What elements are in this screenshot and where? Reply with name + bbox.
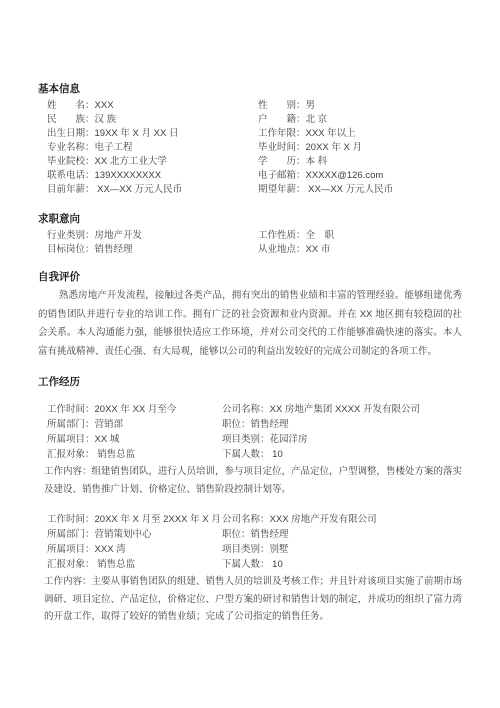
info-row: 所属项目：XX 城项目类别：花园洋房 <box>47 432 462 447</box>
info-row: 目前年薪： XX—XX 万元人民币期望年薪： XX—XX 万元人民币 <box>47 183 462 197</box>
field-value: XXX 湾 <box>95 544 126 555</box>
info-row: 所属项目：XXX 湾项目类别：别墅 <box>47 542 462 557</box>
info-row: 工作时间：20XX 年 X 月至 2XXX 年 X 月公司名称：XXX 房地产开… <box>47 512 462 527</box>
field-label: 下属人数： <box>222 559 270 570</box>
info-row: 汇报对象： 销售总监下属人数： 10 <box>47 557 462 572</box>
field-cell-left: 所属部门：营销策划中心 <box>47 527 222 542</box>
field-label: 专业名称： <box>47 142 95 153</box>
field-label: 工作性质： <box>258 230 306 241</box>
job-intention-rows: 行业类别：房地产开发工作性质：全 职目标岗位：销售经理从业地点：XX 市 <box>38 229 462 257</box>
field-cell-right: 职位：销售经理 <box>222 527 462 542</box>
field-label: 目前年薪： <box>47 184 95 195</box>
field-value: 本 科 <box>306 156 328 167</box>
field-value: XX—XX 万元人民币 <box>306 184 394 195</box>
field-value: 男 <box>306 100 316 111</box>
field-label: 公司名称： <box>222 514 270 525</box>
field-cell-right: 公司名称：XX 房地产集团 XXXX 开发有限公司 <box>222 402 462 417</box>
section-basic-info: 基本信息 姓 名：XXX性 别：男民 族：汉 族户 籍：北 京出生日期：19XX… <box>38 83 462 197</box>
field-value: 销售总监 <box>95 559 136 570</box>
field-value: XXX <box>95 100 114 111</box>
job-rows: 工作时间：20XX 年 X 月至 2XXX 年 X 月公司名称：XXX 房地产开… <box>38 512 462 572</box>
field-cell-left: 姓 名：XXX <box>47 99 258 113</box>
field-cell-left: 出生日期：19XX 年 X 月 XX 日 <box>47 127 258 141</box>
job-rows: 工作时间：20XX 年 XX 月至今公司名称：XX 房地产集团 XXXX 开发有… <box>38 402 462 462</box>
field-label: 工作年限： <box>258 128 306 139</box>
field-value: 20XX 年 X 月至 2XXX 年 X 月 <box>95 514 221 525</box>
job-entry: 工作时间：20XX 年 XX 月至今公司名称：XX 房地产集团 XXXX 开发有… <box>38 402 462 498</box>
section-title-self-evaluation: 自我评价 <box>38 271 462 283</box>
field-label: 所属部门： <box>47 419 95 430</box>
section-title-work-experience: 工作经历 <box>38 376 462 388</box>
field-label: 从业地点： <box>258 244 306 255</box>
field-cell-right: 下属人数： 10 <box>222 447 462 462</box>
field-label: 性 别： <box>258 100 306 111</box>
field-value: 139XXXXXXXX <box>95 170 162 181</box>
job-content: 工作内容：组建销售团队，进行人员培训，参与项目定位，产品定位，户型调整，售楼处方… <box>38 463 462 498</box>
field-label: 联系电话： <box>47 170 95 181</box>
field-label: 汇报对象： <box>47 449 95 460</box>
info-row: 出生日期：19XX 年 X 月 XX 日工作年限：XXX 年以上 <box>47 127 462 141</box>
field-value: 销售经理 <box>95 244 133 255</box>
field-value: 销售经理 <box>251 419 289 430</box>
field-value: XXX 年以上 <box>306 128 356 139</box>
field-value: XXX 房地产开发有限公司 <box>270 514 377 525</box>
field-label: 行业类别： <box>47 230 95 241</box>
basic-info-rows: 姓 名：XXX性 别：男民 族：汉 族户 籍：北 京出生日期：19XX 年 X … <box>38 99 462 197</box>
field-label: 期望年薪： <box>258 184 306 195</box>
field-cell-right: 从业地点：XX 市 <box>258 243 462 257</box>
field-label: 职位： <box>222 419 251 430</box>
field-label: 姓 名： <box>47 100 95 111</box>
field-value: 20XX 年 X 月 <box>306 142 363 153</box>
field-cell-right: 户 籍：北 京 <box>258 113 462 127</box>
section-title-job-intention: 求职意向 <box>38 213 462 225</box>
resume-page: 基本信息 姓 名：XXX性 别：男民 族：汉 族户 籍：北 京出生日期：19XX… <box>0 0 500 708</box>
field-value: XX 城 <box>95 434 120 445</box>
field-value: 别墅 <box>270 544 289 555</box>
field-value: XX 北方工业大学 <box>95 156 167 167</box>
info-row: 联系电话：139XXXXXXXX电子邮箱：XXXXX@126.com <box>47 169 462 183</box>
field-value: 销售经理 <box>251 529 289 540</box>
section-job-intention: 求职意向 行业类别：房地产开发工作性质：全 职目标岗位：销售经理从业地点：XX … <box>38 213 462 257</box>
info-row: 所属部门：营销策划中心职位：销售经理 <box>47 527 462 542</box>
field-label: 职位： <box>222 529 251 540</box>
field-value: 19XX 年 X 月 XX 日 <box>95 128 179 139</box>
field-value: 销售总监 <box>95 449 136 460</box>
field-value: 北 京 <box>306 114 328 125</box>
info-row: 所属部门：营销部职位：销售经理 <box>47 417 462 432</box>
info-row: 姓 名：XXX性 别：男 <box>47 99 462 113</box>
field-label: 工作时间： <box>47 404 95 415</box>
info-row: 专业名称：电子工程毕业时间：20XX 年 X 月 <box>47 141 462 155</box>
field-value: 房地产开发 <box>95 230 143 241</box>
section-work-experience: 工作经历 工作时间：20XX 年 XX 月至今公司名称：XX 房地产集团 XXX… <box>38 376 462 626</box>
section-title-basic-info: 基本信息 <box>38 83 462 95</box>
field-cell-left: 汇报对象： 销售总监 <box>47 557 222 572</box>
field-value: 10 <box>270 559 283 570</box>
field-label: 所属项目： <box>47 434 95 445</box>
field-cell-left: 汇报对象： 销售总监 <box>47 447 222 462</box>
field-cell-left: 目前年薪： XX—XX 万元人民币 <box>47 183 258 197</box>
field-value: XX 房地产集团 XXXX 开发有限公司 <box>270 404 420 415</box>
job-content: 工作内容：主要从事销售团队的组建、销售人员的培训及考核工作；并且针对该项目实施了… <box>38 573 462 626</box>
field-cell-left: 工作时间：20XX 年 X 月至 2XXX 年 X 月 <box>47 512 222 527</box>
field-cell-left: 所属项目：XXX 湾 <box>47 542 222 557</box>
field-value: 10 <box>270 449 283 460</box>
field-cell-left: 行业类别：房地产开发 <box>47 229 258 243</box>
field-label: 项目类别： <box>222 434 270 445</box>
field-cell-right: 毕业时间：20XX 年 X 月 <box>258 141 462 155</box>
field-label: 工作时间： <box>47 514 95 525</box>
field-cell-right: 学 历：本 科 <box>258 155 462 169</box>
field-label: 民 族： <box>47 114 95 125</box>
field-label: 毕业院校： <box>47 156 95 167</box>
field-label: 汇报对象： <box>47 559 95 570</box>
field-value: 全 职 <box>306 230 335 241</box>
field-cell-right: 工作年限：XXX 年以上 <box>258 127 462 141</box>
field-value: 花园洋房 <box>270 434 308 445</box>
field-label: 毕业时间： <box>258 142 306 153</box>
field-cell-left: 所属部门：营销部 <box>47 417 222 432</box>
self-evaluation-text: 熟悉房地产开发流程，接触过各类产品，拥有突出的销售业绩和丰富的管理经验。能够组建… <box>38 287 462 361</box>
field-value: XX—XX 万元人民币 <box>95 184 183 195</box>
field-cell-left: 工作时间：20XX 年 XX 月至今 <box>47 402 222 417</box>
field-cell-left: 专业名称：电子工程 <box>47 141 258 155</box>
field-label: 学 历： <box>258 156 306 167</box>
info-row: 工作时间：20XX 年 XX 月至今公司名称：XX 房地产集团 XXXX 开发有… <box>47 402 462 417</box>
field-value: 20XX 年 XX 月至今 <box>95 404 177 415</box>
info-row: 毕业院校：XX 北方工业大学学 历：本 科 <box>47 155 462 169</box>
field-label: 所属部门： <box>47 529 95 540</box>
field-value: 电子工程 <box>95 142 133 153</box>
info-row: 汇报对象： 销售总监下属人数： 10 <box>47 447 462 462</box>
field-value: 汉 族 <box>95 114 117 125</box>
field-cell-right: 项目类别：别墅 <box>222 542 462 557</box>
field-cell-right: 公司名称：XXX 房地产开发有限公司 <box>222 512 462 527</box>
field-label: 出生日期： <box>47 128 95 139</box>
field-cell-left: 目标岗位：销售经理 <box>47 243 258 257</box>
field-label: 公司名称： <box>222 404 270 415</box>
field-label: 所属项目： <box>47 544 95 555</box>
field-label: 电子邮箱： <box>258 170 306 181</box>
field-value: XX 市 <box>306 244 331 255</box>
field-label: 项目类别： <box>222 544 270 555</box>
field-cell-right: 性 别：男 <box>258 99 462 113</box>
field-label: 目标岗位： <box>47 244 95 255</box>
field-value: XXXXX@126.com <box>306 170 384 181</box>
field-cell-left: 联系电话：139XXXXXXXX <box>47 169 258 183</box>
job-entry: 工作时间：20XX 年 X 月至 2XXX 年 X 月公司名称：XXX 房地产开… <box>38 512 462 626</box>
field-cell-right: 项目类别：花园洋房 <box>222 432 462 447</box>
info-row: 目标岗位：销售经理从业地点：XX 市 <box>47 243 462 257</box>
field-cell-left: 所属项目：XX 城 <box>47 432 222 447</box>
field-cell-right: 工作性质：全 职 <box>258 229 462 243</box>
field-value: 营销策划中心 <box>95 529 152 540</box>
field-value: 营销部 <box>95 419 124 430</box>
field-cell-left: 毕业院校：XX 北方工业大学 <box>47 155 258 169</box>
field-cell-right: 电子邮箱：XXXXX@126.com <box>258 169 462 183</box>
info-row: 民 族：汉 族户 籍：北 京 <box>47 113 462 127</box>
field-cell-left: 民 族：汉 族 <box>47 113 258 127</box>
field-cell-right: 职位：销售经理 <box>222 417 462 432</box>
section-self-evaluation: 自我评价 熟悉房地产开发流程，接触过各类产品，拥有突出的销售业绩和丰富的管理经验… <box>38 271 462 361</box>
field-label: 下属人数： <box>222 449 270 460</box>
field-label: 户 籍： <box>258 114 306 125</box>
field-cell-right: 下属人数： 10 <box>222 557 462 572</box>
job-list: 工作时间：20XX 年 XX 月至今公司名称：XX 房地产集团 XXXX 开发有… <box>38 402 462 626</box>
info-row: 行业类别：房地产开发工作性质：全 职 <box>47 229 462 243</box>
field-cell-right: 期望年薪： XX—XX 万元人民币 <box>258 183 462 197</box>
